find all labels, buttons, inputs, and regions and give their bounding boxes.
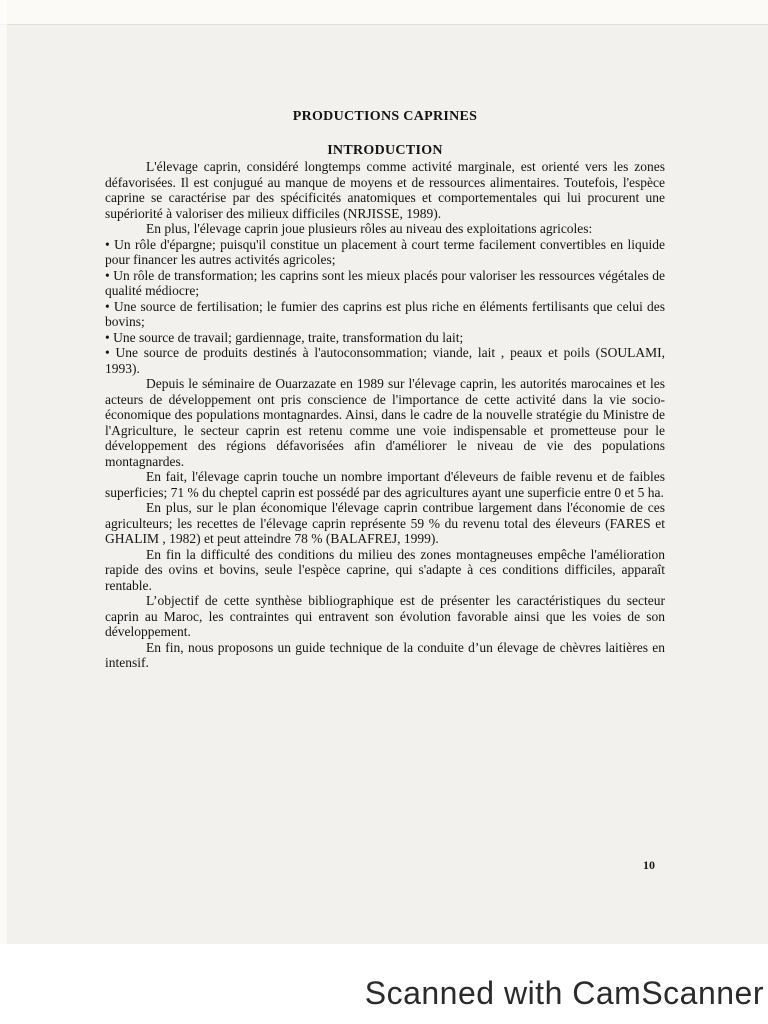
scanned-document-page: PRODUCTIONS CAPRINES INTRODUCTION L'élev… [0, 0, 768, 1024]
bullet-item-transformation: • Un rôle de transformation; les caprins… [105, 268, 665, 299]
paper-top-edge [0, 0, 768, 25]
paragraph-eleveurs: En fait, l'élevage caprin touche un nomb… [105, 469, 665, 500]
paragraph-economie: En plus, sur le plan économique l'élevag… [105, 500, 665, 547]
section-heading: INTRODUCTION [105, 142, 665, 159]
paragraph-seminaire: Depuis le séminaire de Ouarzazate en 198… [105, 376, 665, 469]
bullet-item-epargne: • Un rôle d'épargne; puisqu'il constitue… [105, 237, 665, 268]
page-number: 10 [643, 858, 655, 873]
paragraph-difficulte: En fin la difficulté des conditions du m… [105, 547, 665, 594]
paragraph-intro-context: L'élevage caprin, considéré longtemps co… [105, 159, 665, 221]
bullet-item-fertilisation: • Une source de fertilisation; le fumier… [105, 299, 665, 330]
paragraph-roles-intro: En plus, l'élevage caprin joue plusieurs… [105, 221, 665, 237]
camscanner-watermark-text: Scanned with CamScanner [365, 975, 764, 1012]
scan-paper: PRODUCTIONS CAPRINES INTRODUCTION L'élev… [0, 0, 768, 944]
paragraph-guide: En fin, nous proposons un guide techniqu… [105, 640, 665, 671]
document-body: PRODUCTIONS CAPRINES INTRODUCTION L'élev… [105, 108, 665, 671]
camscanner-footer: Scanned with CamScanner [0, 944, 768, 1024]
document-title: PRODUCTIONS CAPRINES [105, 108, 665, 125]
paper-left-edge [0, 0, 7, 944]
bullet-item-autoconsommation: • Une source de produits destinés à l'au… [105, 345, 665, 376]
bullet-item-travail: • Une source de travail; gardiennage, tr… [105, 330, 665, 346]
paragraph-objectif: L’objectif de cette synthèse bibliograph… [105, 593, 665, 640]
